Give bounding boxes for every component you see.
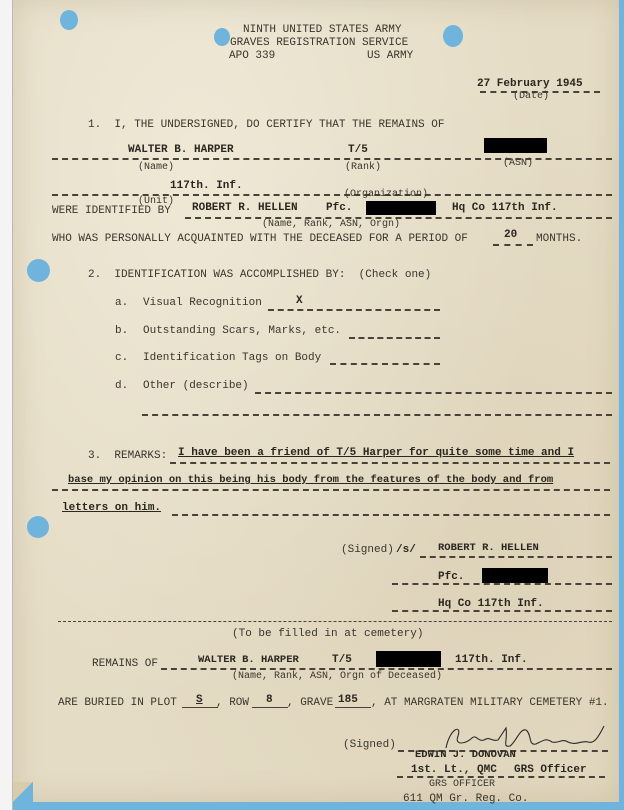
punch-hole [27,516,49,538]
cemetery-deceased-name: WALTER B. HARPER [198,654,299,666]
option-label: Identification Tags on Body [143,352,321,364]
remains-label: (Name, Rank, ASN, Orgn of Deceased) [232,671,442,683]
header-apo: APO 339 [229,50,275,62]
identifier-slash-s: /s/ [396,544,416,556]
remarks-line-3: letters on him. [62,502,161,514]
name-label: (Name) [138,162,174,174]
identifier-org: Hq Co 117th Inf. [452,202,558,214]
redacted-asn [484,138,547,153]
officer-signed-label: (Signed) [343,739,396,751]
unit-line [52,194,612,196]
option-label: Outstanding Scars, Marks, etc. [143,325,341,337]
row-value: 8 [266,694,273,706]
option-line [268,309,440,311]
date-label: (Date) [513,91,549,103]
plot-underline [182,707,218,708]
officer-stamp-title: GRS OFFICER [429,779,495,791]
grave-label: , GRAVE [287,697,333,709]
cemetery-deceased-org: 117th. Inf. [455,654,528,666]
officer-rank-line [397,776,605,778]
acquainted-prefix: WHO WAS PERSONALLY ACQUAINTED WITH THE D… [52,233,468,245]
officer-unit: 611 QM Gr. Reg. Co. [403,793,528,805]
option-line [330,363,440,365]
plot-value: S [196,694,203,706]
header-army: NINTH UNITED STATES ARMY [243,24,401,36]
scan-frame-edge [0,0,13,810]
asn-label: (ASN) [503,158,533,170]
remarks-label: 3. REMARKS: [88,450,167,462]
option-label: Visual Recognition [143,297,262,309]
months-value: 20 [504,229,517,241]
identified-by-prefix: WERE IDENTIFIED BY [52,205,171,217]
cemetery-instruction: (To be filled in at cemetery) [232,628,423,640]
identifier-signed-label: (Signed) [341,544,394,556]
section2-title: 2. IDENTIFICATION WAS ACCOMPLISHED BY: (… [88,269,431,281]
identifier-signature-rank: Pfc. [438,571,464,583]
punch-hole [443,25,463,47]
punch-hole [214,28,230,46]
remarks-rule-2 [52,489,610,491]
organization-label: (Organization) [344,189,428,201]
option-letter: b. [115,325,128,337]
option-label: Other (describe) [143,380,249,392]
remarks-line-2: base my opinion on this being his body f… [68,474,553,486]
row-underline [252,707,288,708]
option-line [349,337,440,339]
grave-value: 185 [338,694,358,706]
identifier-signature-line [420,556,612,558]
identifier-org-line [392,610,612,612]
identifier-name: ROBERT R. HELLEN [192,202,298,214]
rank-label: (Rank) [345,162,381,174]
option-letter: a. [115,297,128,309]
deceased-unit: 117th. Inf. [170,180,243,192]
row-label: , ROW [216,697,249,709]
remarks-rule-1 [170,462,610,464]
punch-hole [27,259,50,282]
officer-name: EDWIN J. DONOVAN [415,749,516,761]
identifier-rank: Pfc. [326,202,352,214]
option-line-continued [142,414,612,416]
deceased-rank: T/5 [348,144,368,156]
option-line [255,392,612,394]
remains-prefix: REMAINS OF [92,658,158,670]
officer-rank: 1st. Lt., QMC [411,764,497,776]
punch-hole [60,10,78,30]
months-suffix: MONTHS. [536,233,582,245]
remarks-rule-3 [172,514,610,516]
identifier-label: (Name, Rank, ASN, Orgn) [262,219,400,231]
option-letter: d. [115,380,128,392]
date-value: 27 February 1945 [477,78,583,90]
remains-line [161,668,612,670]
buried-prefix: ARE BURIED IN PLOT [58,697,177,709]
identifier-rank-line [392,583,612,585]
header-us-army: US ARMY [367,50,413,62]
deceased-name: WALTER B. HARPER [128,144,234,156]
months-underline [493,244,533,246]
redacted-cemetery-asn [376,651,441,667]
cemetery-separator [58,621,612,622]
cemetery-name: , AT MARGRATEN MILITARY CEMETERY #1. [371,697,609,709]
header-service: GRAVES REGISTRATION SERVICE [230,37,408,49]
check-mark: X [296,295,303,307]
redacted-identifier-asn-2 [482,568,548,583]
option-letter: c. [115,352,128,364]
grave-underline [335,707,371,708]
remarks-line-1: I have been a friend of T/5 Harper for q… [178,447,574,459]
section1-intro: 1. I, THE UNDERSIGNED, DO CERTIFY THAT T… [88,119,444,131]
redacted-identifier-asn [366,201,436,215]
folded-corner [13,782,33,802]
identifier-signature-org: Hq Co 117th Inf. [438,598,544,610]
officer-title: GRS Officer [514,764,587,776]
cemetery-deceased-rank: T/5 [332,654,352,666]
identifier-signature-name: ROBERT R. HELLEN [438,542,539,554]
